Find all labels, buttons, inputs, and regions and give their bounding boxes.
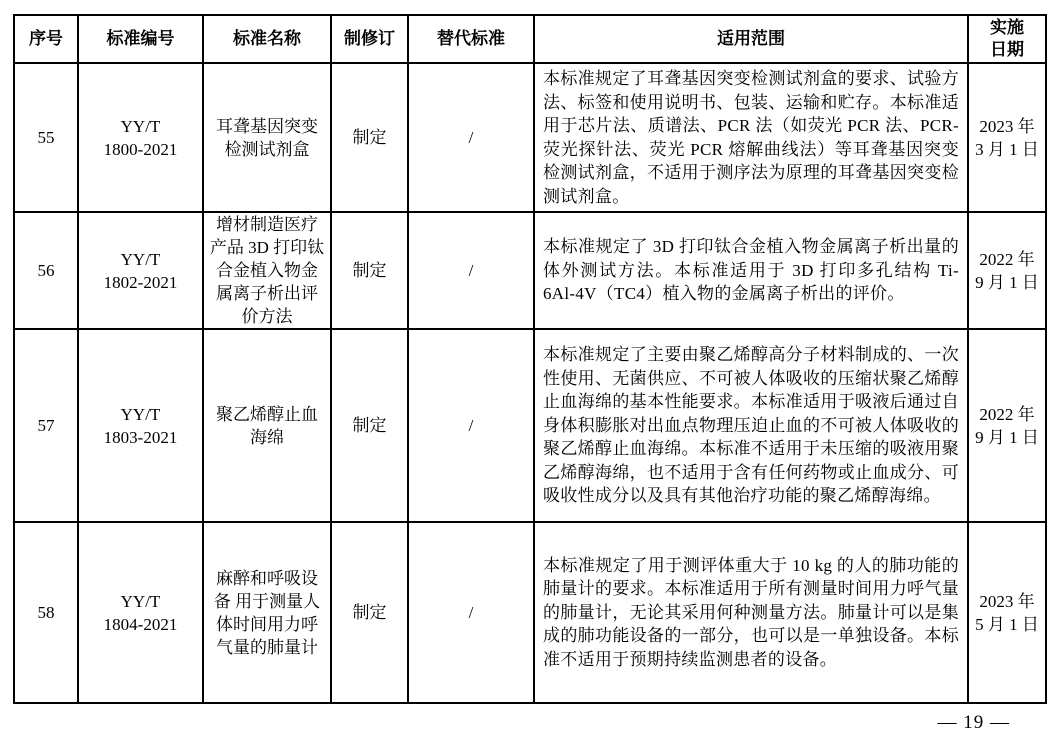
cell-scope: 本标准规定了主要由聚乙烯醇高分子材料制成的、一次性使用、无菌供应、不可被人体吸收… [534, 329, 968, 522]
cell-revision: 制定 [331, 63, 408, 212]
table-header-row: 序号 标准编号 标准名称 制修订 替代标准 适用范围 实施 日期 [14, 15, 1046, 63]
cell-code: YY/T 1804-2021 [78, 522, 203, 703]
header-replaced: 替代标准 [408, 15, 534, 63]
table-row: 56 YY/T 1802-2021 增材制造医疗产品 3D 打印钛合金植入物金属… [14, 212, 1046, 329]
cell-seq: 58 [14, 522, 78, 703]
cell-replaced: / [408, 329, 534, 522]
table-row: 57 YY/T 1803-2021 聚乙烯醇止血海绵 制定 / 本标准规定了主要… [14, 329, 1046, 522]
cell-scope: 本标准规定了用于测评体重大于 10 kg 的人的肺功能的肺量计的要求。本标准适用… [534, 522, 968, 703]
cell-seq: 55 [14, 63, 78, 212]
cell-name: 耳聋基因突变检测试剂盒 [203, 63, 331, 212]
cell-date: 2022 年 9 月 1 日 [968, 329, 1046, 522]
cell-date: 2023 年 5 月 1 日 [968, 522, 1046, 703]
header-date: 实施 日期 [968, 15, 1046, 63]
cell-replaced: / [408, 212, 534, 329]
header-scope: 适用范围 [534, 15, 968, 63]
cell-revision: 制定 [331, 329, 408, 522]
cell-code: YY/T 1803-2021 [78, 329, 203, 522]
document-page: 序号 标准编号 标准名称 制修订 替代标准 适用范围 实施 日期 55 YY/T… [0, 0, 1054, 750]
table-row: 55 YY/T 1800-2021 耳聋基因突变检测试剂盒 制定 / 本标准规定… [14, 63, 1046, 212]
header-name: 标准名称 [203, 15, 331, 63]
cell-revision: 制定 [331, 522, 408, 703]
cell-name: 聚乙烯醇止血海绵 [203, 329, 331, 522]
cell-date: 2022 年 9 月 1 日 [968, 212, 1046, 329]
header-no: 序号 [14, 15, 78, 63]
cell-scope: 本标准规定了耳聋基因突变检测试剂盒的要求、试验方法、标签和使用说明书、包装、运输… [534, 63, 968, 212]
page-number: — 19 — [938, 712, 1011, 734]
table-row: 58 YY/T 1804-2021 麻醉和呼吸设备 用于测量人体时间用力呼气量的… [14, 522, 1046, 703]
cell-name: 麻醉和呼吸设备 用于测量人体时间用力呼气量的肺量计 [203, 522, 331, 703]
cell-revision: 制定 [331, 212, 408, 329]
cell-code: YY/T 1800-2021 [78, 63, 203, 212]
cell-code: YY/T 1802-2021 [78, 212, 203, 329]
cell-seq: 57 [14, 329, 78, 522]
header-revision: 制修订 [331, 15, 408, 63]
cell-date: 2023 年 3 月 1 日 [968, 63, 1046, 212]
cell-replaced: / [408, 522, 534, 703]
cell-name: 增材制造医疗产品 3D 打印钛合金植入物金属离子析出评价方法 [203, 212, 331, 329]
standards-table: 序号 标准编号 标准名称 制修订 替代标准 适用范围 实施 日期 55 YY/T… [13, 14, 1047, 704]
cell-replaced: / [408, 63, 534, 212]
cell-scope: 本标准规定了 3D 打印钛合金植入物金属离子析出量的体外测试方法。本标准适用于 … [534, 212, 968, 329]
header-code: 标准编号 [78, 15, 203, 63]
cell-seq: 56 [14, 212, 78, 329]
